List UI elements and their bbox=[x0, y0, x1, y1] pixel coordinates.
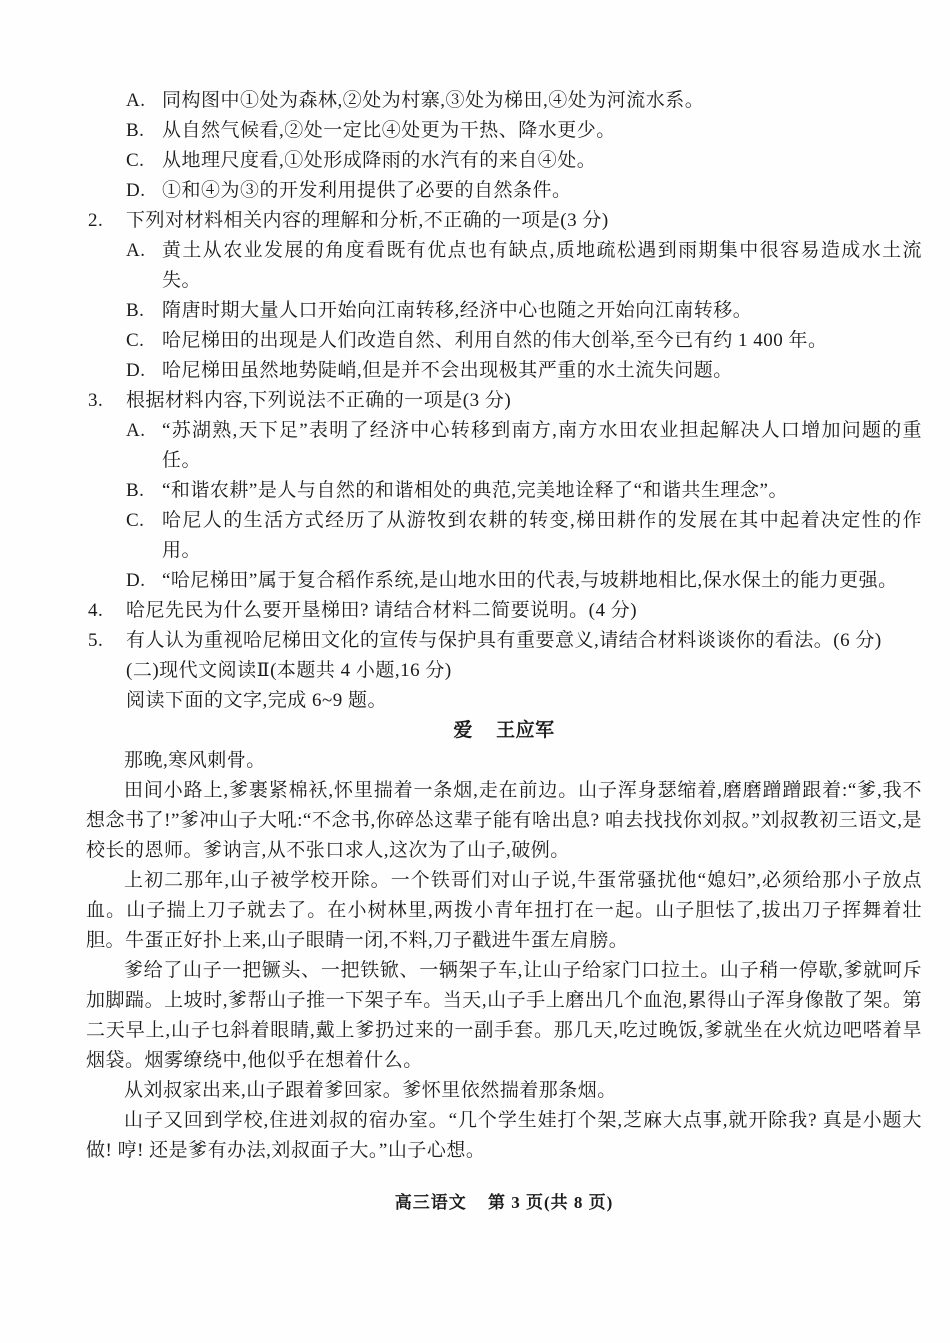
option-text: 哈尼梯田的出现是人们改造自然、利用自然的伟大创举,至今已有约 1 400 年。 bbox=[162, 326, 922, 356]
page-footer: 高三语文 第 3 页(共 8 页) bbox=[86, 1190, 922, 1216]
option-text: “苏湖熟,天下足”表明了经济中心转移到南方,南方水田农业担起解决人口增加问题的重… bbox=[162, 416, 922, 476]
section-2-instruction: 阅读下面的文字,完成 6~9 题。 bbox=[86, 686, 922, 716]
option-label: B. bbox=[126, 476, 162, 506]
option-label: D. bbox=[126, 176, 162, 206]
question-number: 5. bbox=[86, 626, 126, 656]
question-3-stem: 3. 根据材料内容,下列说法不正确的一项是(3 分) bbox=[86, 386, 922, 416]
option-label: D. bbox=[126, 356, 162, 386]
section-2-heading: (二)现代文阅读Ⅱ(本题共 4 小题,16 分) bbox=[86, 656, 922, 686]
question-2-option-c: C. 哈尼梯田的出现是人们改造自然、利用自然的伟大创举,至今已有约 1 400 … bbox=[86, 326, 922, 356]
question-2-option-d: D. 哈尼梯田虽然地势陡峭,但是并不会出现极其严重的水土流失问题。 bbox=[86, 356, 922, 386]
option-label: D. bbox=[126, 566, 162, 596]
question-stem-text: 有人认为重视哈尼梯田文化的宣传与保护具有重要意义,请结合材料谈谈你的看法。(6 … bbox=[126, 626, 922, 656]
question-2-stem: 2. 下列对材料相关内容的理解和分析,不正确的一项是(3 分) bbox=[86, 206, 922, 236]
option-text: 哈尼人的生活方式经历了从游牧到农耕的转变,梯田耕作的发展在其中起着决定性的作用。 bbox=[162, 506, 922, 566]
question-2-option-b: B. 隋唐时期大量人口开始向江南转移,经济中心也随之开始向江南转移。 bbox=[86, 296, 922, 326]
question-stem-text: 下列对材料相关内容的理解和分析,不正确的一项是(3 分) bbox=[126, 206, 922, 236]
question-3-option-a: A. “苏湖熟,天下足”表明了经济中心转移到南方,南方水田农业担起解决人口增加问… bbox=[86, 416, 922, 476]
option-label: C. bbox=[126, 326, 162, 356]
option-label: B. bbox=[126, 296, 162, 326]
question-4-stem: 4. 哈尼先民为什么要开垦梯田? 请结合材料二简要说明。(4 分) bbox=[86, 596, 922, 626]
option-text: 隋唐时期大量人口开始向江南转移,经济中心也随之开始向江南转移。 bbox=[162, 296, 922, 326]
question-3-option-d: D. “哈尼梯田”属于复合稻作系统,是山地水田的代表,与坡耕地相比,保水保土的能… bbox=[86, 566, 922, 596]
question-number: 3. bbox=[86, 386, 126, 416]
option-text: “哈尼梯田”属于复合稻作系统,是山地水田的代表,与坡耕地相比,保水保土的能力更强… bbox=[162, 566, 922, 596]
option-text: 哈尼梯田虽然地势陡峭,但是并不会出现极其严重的水土流失问题。 bbox=[162, 356, 922, 386]
question-stem-text: 根据材料内容,下列说法不正确的一项是(3 分) bbox=[126, 386, 922, 416]
passage-paragraph: 上初二那年,山子被学校开除。一个铁哥们对山子说,牛蛋常骚扰他“媳妇”,必须给那小… bbox=[86, 866, 922, 956]
option-text: 从地理尺度看,①处形成降雨的水汽有的来自④处。 bbox=[162, 146, 922, 176]
option-text: 黄土从农业发展的角度看既有优点也有缺点,质地疏松遇到雨期集中很容易造成水土流失。 bbox=[162, 236, 922, 296]
question-1-option-d: D. ①和④为③的开发利用提供了必要的自然条件。 bbox=[86, 176, 922, 206]
passage-paragraph: 山子又回到学校,住进刘叔的宿办室。“几个学生娃打个架,芝麻大点事,就开除我? 真… bbox=[86, 1106, 922, 1166]
footer-page-number: 第 3 页(共 8 页) bbox=[488, 1193, 613, 1212]
passage-title: 爱 王应军 bbox=[86, 716, 922, 746]
question-3-option-b: B. “和谐农耕”是人与自然的和谐相处的典范,完美地诠释了“和谐共生理念”。 bbox=[86, 476, 922, 506]
option-label: C. bbox=[126, 146, 162, 176]
question-1-option-b: B. 从自然气候看,②处一定比④处更为干热、降水更少。 bbox=[86, 116, 922, 146]
option-label: A. bbox=[126, 416, 162, 446]
option-label: A. bbox=[126, 236, 162, 266]
option-label: C. bbox=[126, 506, 162, 536]
question-number: 2. bbox=[86, 206, 126, 236]
question-1-option-c: C. 从地理尺度看,①处形成降雨的水汽有的来自④处。 bbox=[86, 146, 922, 176]
option-text: ①和④为③的开发利用提供了必要的自然条件。 bbox=[162, 176, 922, 206]
passage-paragraph: 爹给了山子一把镢头、一把铁锨、一辆架子车,让山子给家门口拉土。山子稍一停歇,爹就… bbox=[86, 956, 922, 1076]
question-3-option-c: C. 哈尼人的生活方式经历了从游牧到农耕的转变,梯田耕作的发展在其中起着决定性的… bbox=[86, 506, 922, 566]
option-text: 同构图中①处为森林,②处为村寨,③处为梯田,④处为河流水系。 bbox=[162, 86, 922, 116]
question-2-option-a: A. 黄土从农业发展的角度看既有优点也有缺点,质地疏松遇到雨期集中很容易造成水土… bbox=[86, 236, 922, 296]
passage-paragraph: 从刘叔家出来,山子跟着爹回家。爹怀里依然揣着那条烟。 bbox=[86, 1076, 922, 1106]
option-label: A. bbox=[126, 86, 162, 116]
exam-page: A. 同构图中①处为森林,②处为村寨,③处为梯田,④处为河流水系。 B. 从自然… bbox=[0, 0, 950, 1343]
footer-course-label: 高三语文 bbox=[395, 1193, 467, 1212]
question-stem-text: 哈尼先民为什么要开垦梯田? 请结合材料二简要说明。(4 分) bbox=[126, 596, 922, 626]
option-label: B. bbox=[126, 116, 162, 146]
passage-author: 王应军 bbox=[496, 720, 555, 741]
option-text: 从自然气候看,②处一定比④处更为干热、降水更少。 bbox=[162, 116, 922, 146]
passage-paragraph: 那晚,寒风刺骨。 bbox=[86, 746, 922, 776]
passage-title-text: 爱 bbox=[453, 720, 473, 741]
question-1-option-a: A. 同构图中①处为森林,②处为村寨,③处为梯田,④处为河流水系。 bbox=[86, 86, 922, 116]
question-number: 4. bbox=[86, 596, 126, 626]
passage-paragraph: 田间小路上,爹裹紧棉袄,怀里揣着一条烟,走在前边。山子浑身瑟缩着,磨磨蹭蹭跟着:… bbox=[86, 776, 922, 866]
question-5-stem: 5. 有人认为重视哈尼梯田文化的宣传与保护具有重要意义,请结合材料谈谈你的看法。… bbox=[86, 626, 922, 656]
option-text: “和谐农耕”是人与自然的和谐相处的典范,完美地诠释了“和谐共生理念”。 bbox=[162, 476, 922, 506]
